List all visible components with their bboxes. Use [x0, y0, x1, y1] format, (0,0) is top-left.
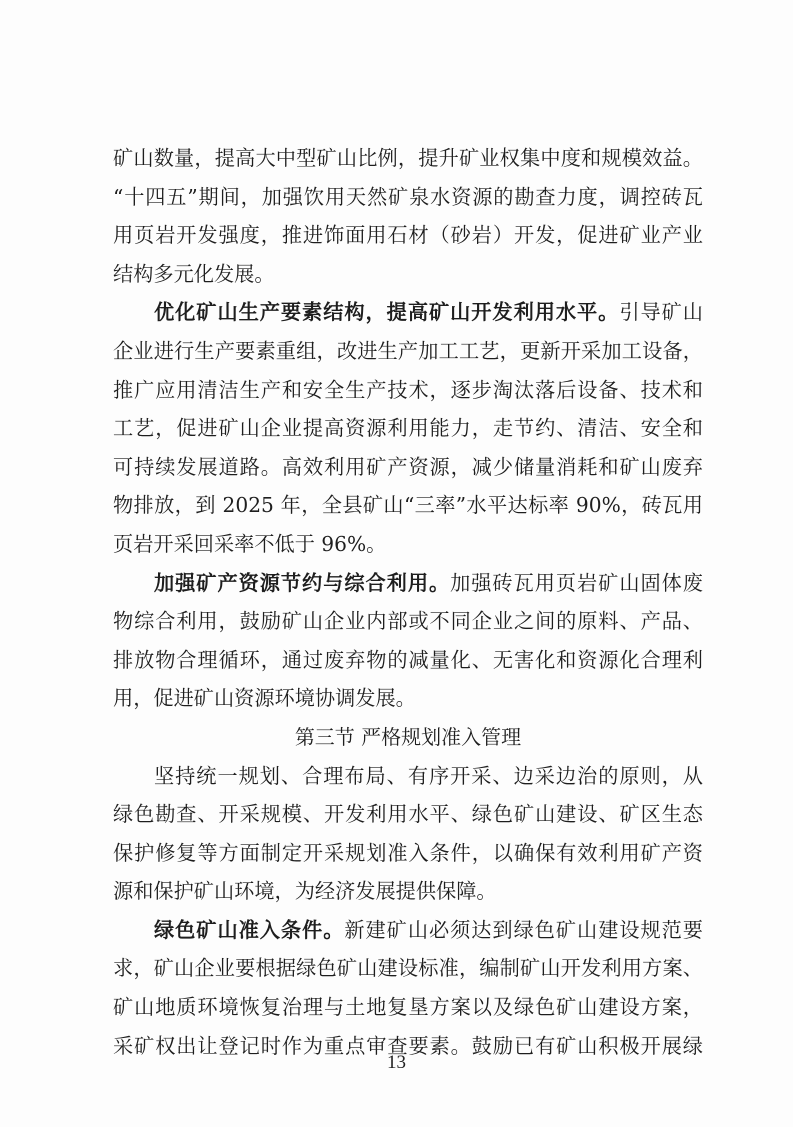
text-line: 用，促进矿山资源环境协调发展。 — [113, 679, 703, 718]
text-line: 结构多元化发展。 — [113, 255, 703, 294]
paragraph-heading: 加强矿产资源节约与综合利用。 — [154, 571, 450, 595]
paragraph-heading: 绿色矿山准入条件。 — [154, 918, 344, 942]
text-line: 排放物合理循环，通过废弃物的减量化、无害化和资源化合理利 — [113, 641, 703, 680]
text-line: 可持续发展道路。高效利用矿产资源，减少储量消耗和矿山废弃 — [113, 448, 703, 487]
text-line: 物排放，到 2025 年，全县矿山“三率”水平达标率 90%，砖瓦用 — [113, 486, 703, 525]
paragraph-heading: 优化矿山生产要素结构，提高矿山开发利用水平。 — [154, 300, 619, 324]
text-line: 矿山地质环境恢复治理与土地复垦方案以及绿色矿山建设方案， — [113, 988, 703, 1027]
text-line: 用页岩开发强度，推进饰面用石材（砂岩）开发，促进矿业产业 — [113, 216, 703, 255]
text-line: 企业进行生产要素重组，改进生产加工工艺，更新开采加工设备， — [113, 332, 703, 371]
text-line: 推广应用清洁生产和安全生产技术，逐步淘汰落后设备、技术和 — [113, 371, 703, 410]
text-span: 引导矿山 — [619, 300, 703, 324]
text-span: 加强砖瓦用页岩矿山固体废 — [450, 571, 703, 595]
paragraph-first-line: 坚持统一规划、合理布局、有序开采、边采边治的原则，从 — [113, 757, 703, 796]
section-title: 第三节 严格规划准入管理 — [113, 718, 703, 757]
text-line: 工艺，促进矿山企业提高资源利用能力，走节约、清洁、安全和 — [113, 409, 703, 448]
text-line: “十四五”期间，加强饮用天然矿泉水资源的勘查力度，调控砖瓦 — [113, 178, 703, 217]
text-line: 矿山数量，提高大中型矿山比例，提升矿业权集中度和规模效益。 — [113, 139, 703, 178]
paragraph-first-line: 优化矿山生产要素结构，提高矿山开发利用水平。引导矿山 — [113, 293, 703, 332]
text-line: 源和保护矿山环境，为经济发展提供保障。 — [113, 872, 703, 911]
text-line: 保护修复等方面制定开采规划准入条件，以确保有效利用矿产资 — [113, 834, 703, 873]
paragraph-first-line: 加强矿产资源节约与综合利用。加强砖瓦用页岩矿山固体废 — [113, 564, 703, 603]
document-body: 矿山数量，提高大中型矿山比例，提升矿业权集中度和规模效益。 “十四五”期间，加强… — [113, 139, 703, 1065]
text-line: 物综合利用，鼓励矿山企业内部或不同企业之间的原料、产品、 — [113, 602, 703, 641]
text-line: 求，矿山企业要根据绿色矿山建设标准，编制矿山开发利用方案、 — [113, 949, 703, 988]
paragraph-first-line: 绿色矿山准入条件。新建矿山必须达到绿色矿山建设规范要 — [113, 911, 703, 950]
text-span: 新建矿山必须达到绿色矿山建设规范要 — [344, 918, 703, 942]
document-page: 矿山数量，提高大中型矿山比例，提升矿业权集中度和规模效益。 “十四五”期间，加强… — [0, 0, 793, 1127]
page-number: 13 — [0, 1052, 793, 1074]
text-line: 绿色勘查、开采规模、开发利用水平、绿色矿山建设、矿区生态 — [113, 795, 703, 834]
text-line: 页岩开采回采率不低于 96%。 — [113, 525, 703, 564]
